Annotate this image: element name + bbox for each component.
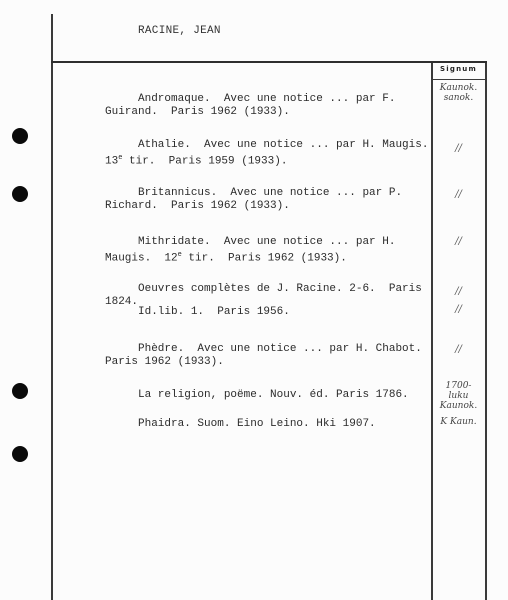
signum-britannicus: // — [432, 189, 485, 200]
punch-hole-icon — [12, 383, 28, 399]
signum-id-lib: // — [432, 304, 485, 315]
punch-hole-icon — [12, 186, 28, 202]
margin-rule — [51, 14, 53, 600]
signum-column-right-rule — [485, 63, 487, 600]
entry-phaidra: Phaidra. Suom. Eino Leino. Hki 1907. — [105, 418, 430, 431]
signum-athalie: // — [432, 143, 485, 154]
entry-phedre: Phèdre. Avec une notice ... par H. Chabo… — [105, 343, 430, 369]
signum-phaidra: K Kaun. — [432, 417, 485, 427]
signum-header-rule — [431, 79, 486, 80]
signum-la-religion: 1700-luku Kaunok. — [432, 381, 485, 411]
signum-header: Signum — [432, 65, 485, 73]
signum-andromaque: Kaunok. sanok. — [432, 83, 485, 103]
punch-hole-icon — [12, 446, 28, 462]
card-heading: RACINE, JEAN — [138, 25, 221, 37]
signum-phedre: // — [432, 344, 485, 355]
punch-hole-icon — [12, 128, 28, 144]
entry-andromaque: Andromaque. Avec une notice ... par F. G… — [105, 93, 430, 119]
catalog-card: Signum RACINE, JEAN Andromaque. Avec une… — [0, 0, 508, 600]
header-rule — [51, 61, 487, 63]
entry-la-religion: La religion, poëme. Nouv. éd. Paris 1786… — [105, 389, 430, 402]
signum-oeuvres: // — [432, 286, 485, 297]
entry-mithridate: Mithridate. Avec une notice ... par H. M… — [105, 236, 430, 266]
entry-britannicus: Britannicus. Avec une notice ... par P. … — [105, 187, 430, 213]
signum-mithridate: // — [432, 236, 485, 247]
entry-id-lib: Id.lib. 1. Paris 1956. — [105, 306, 430, 319]
entry-athalie: Athalie. Avec une notice ... par H. Maug… — [105, 139, 430, 169]
